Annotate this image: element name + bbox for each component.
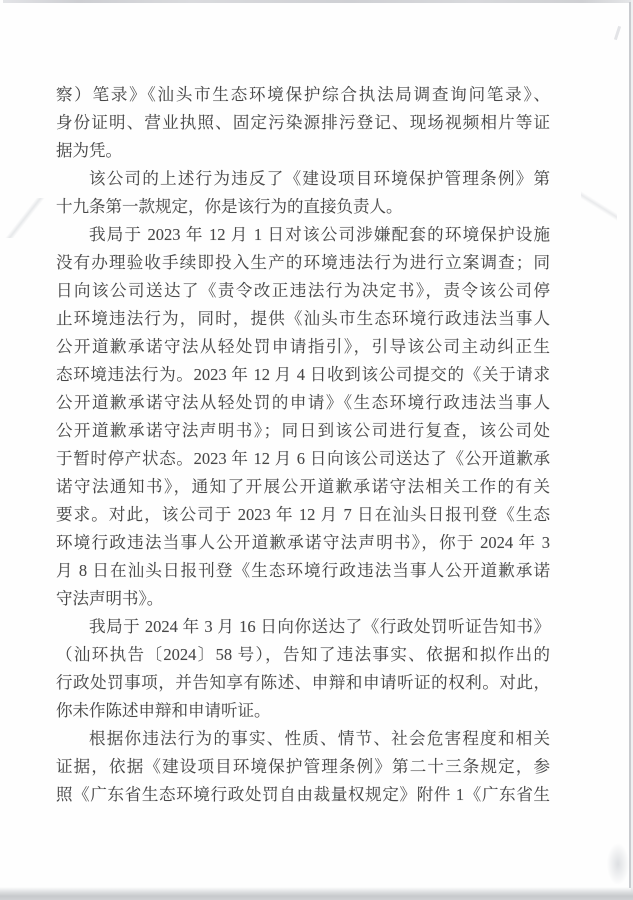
text-line: 环境行政违法当事人公开道歉承诺守法声明书》，你于 2024 年 3	[56, 529, 550, 557]
text-line: 要求。对此，该公司于 2023 年 12 月 7 日在汕头日报刊登《生态	[56, 501, 550, 529]
text-line: 态环境违法行为。2023 年 12 月 4 日收到该公司提交的《关于请求	[56, 361, 550, 389]
paragraph-penalty-basis: 根据你违法行为的事实、性质、情节、社会危害程度和相关 证据，依据《建设项目环境保…	[56, 725, 550, 809]
text-line: （汕环执告〔2024〕58 号），告知了违法事实、依据和拟作出的	[56, 641, 550, 669]
paragraph-hearing-notice: 我局于 2024 年 3 月 16 日向你送达了《行政处罚听证告知书》 （汕环执…	[56, 613, 550, 725]
text-line: 诺守法通知书》，通知了开展公开道歉承诺守法相关工作的有关	[56, 473, 550, 501]
text-line: 你未作陈述申辩和申请听证。	[56, 697, 550, 725]
scan-edge-top	[3, 0, 633, 3]
scan-crease-right	[581, 185, 617, 227]
text-line: 日向该公司送达了《责令改正违法行为决定书》，责令该公司停	[56, 277, 550, 305]
text-line: 身份证明、营业执照、固定污染源排污登记、现场视频相片等证	[56, 109, 550, 137]
text-line: 于暂时停产状态。2023 年 12 月 6 日向该公司送达了《公开道歉承	[56, 445, 550, 473]
text-line: 没有办理验收手续即投入生产的环境违法行为进行立案调查；同	[56, 249, 550, 277]
paragraph-evidence-list: 察）笔录》《汕头市生态环境保护综合执法局调查询问笔录》、 身份证明、营业执照、固…	[56, 81, 550, 165]
text-line: 月 8 日在汕头日报刊登《生态环境行政违法当事人公开道歉承诺	[56, 557, 550, 585]
text-line: 公开道歉承诺守法从轻处罚申请指引》，引导该公司主动纠正生	[56, 333, 550, 361]
scan-edge-right-line	[629, 2, 631, 888]
scanned-document-page: 察）笔录》《汕头市生态环境保护综合执法局调查询问笔录》、 身份证明、营业执照、固…	[0, 0, 633, 900]
text-line: 照《广东省生态环境行政处罚自由裁量权规定》附件 1《广东省生	[56, 781, 550, 809]
scan-crease-left	[4, 198, 46, 238]
text-line: 十九条第一款规定，你是该行为的直接负责人。	[56, 193, 550, 221]
text-line: 我局于 2024 年 3 月 16 日向你送达了《行政处罚听证告知书》	[56, 613, 550, 641]
scan-smudge-bottom-right	[583, 822, 633, 892]
text-line: 该公司的上述行为违反了《建设项目环境保护管理条例》第	[56, 165, 550, 193]
text-line: 据为凭。	[56, 137, 550, 165]
text-line: 公开道歉承诺守法声明书》；同日到该公司进行复查，该公司处	[56, 417, 550, 445]
scan-edge-bottom-shadow	[0, 887, 633, 900]
text-line: 止环境违法行为，同时，提供《汕头市生态环境行政违法当事人	[56, 305, 550, 333]
text-line: 公开道歉承诺守法从轻处罚的申请》《生态环境行政违法当事人	[56, 389, 550, 417]
text-line: 我局于 2023 年 12 月 1 日对该公司涉嫌配套的环境保护设施	[56, 221, 550, 249]
scan-mark-top-right	[614, 26, 621, 40]
text-line: 守法声明书》。	[56, 585, 550, 613]
text-line: 行政处罚事项，并告知享有陈述、申辩和申请听证的权利。对此，	[56, 669, 550, 697]
text-line: 察）笔录》《汕头市生态环境保护综合执法局调查询问笔录》、	[56, 81, 550, 109]
paragraph-violation-finding: 该公司的上述行为违反了《建设项目环境保护管理条例》第 十九条第一款规定，你是该行…	[56, 165, 550, 221]
document-body-text: 察）笔录》《汕头市生态环境保护综合执法局调查询问笔录》、 身份证明、营业执照、固…	[56, 81, 550, 809]
text-line: 根据你违法行为的事实、性质、情节、社会危害程度和相关	[56, 725, 550, 753]
text-line: 证据，依据《建设项目环境保护管理条例》第二十三条规定，参	[56, 753, 550, 781]
paragraph-investigation-history: 我局于 2023 年 12 月 1 日对该公司涉嫌配套的环境保护设施 没有办理验…	[56, 221, 550, 613]
